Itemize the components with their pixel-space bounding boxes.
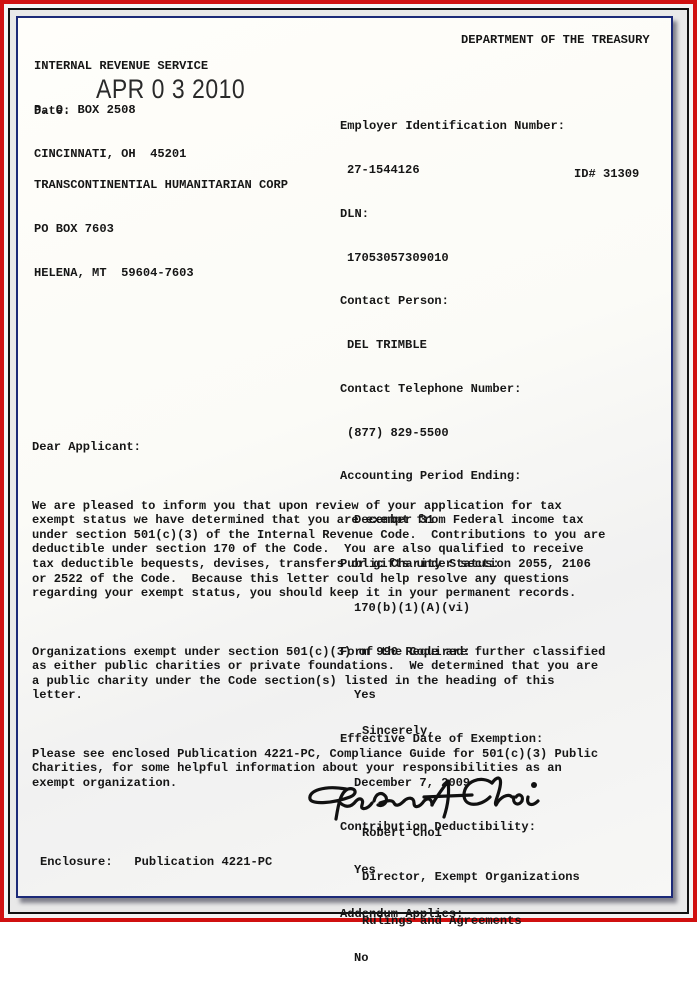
date-label: Date: <box>34 104 70 119</box>
irs-determination-letter: INTERNAL REVENUE SERVICE P. O. BOX 2508 … <box>16 16 673 898</box>
signer-office: Rulings and Agreements <box>362 914 580 922</box>
ein-label: Employer Identification Number: <box>340 119 565 134</box>
recipient-line: TRANSCONTINENTIAL HUMANITARIAN CORP <box>34 178 288 193</box>
contact-person-label: Contact Person: <box>340 294 565 309</box>
contact-id: ID# 31309 <box>574 167 639 182</box>
date-stamp: APR 0 3 2010 <box>96 81 245 98</box>
contact-phone-label: Contact Telephone Number: <box>340 382 565 397</box>
signer-title: Director, Exempt Organizations <box>362 870 580 885</box>
dln-value: 17053057309010 <box>340 251 565 266</box>
ein-value: 27-1544126 <box>340 163 565 178</box>
enclosure-value: Publication 4221-PC <box>134 855 272 869</box>
valediction: Sincerely, <box>362 724 435 739</box>
salutation: Dear Applicant: <box>32 440 605 455</box>
body-paragraph: Organizations exempt under section 501(c… <box>32 645 605 703</box>
recipient-line: HELENA, MT 59604-7603 <box>34 266 288 281</box>
sender-line: INTERNAL REVENUE SERVICE <box>34 59 208 74</box>
recipient-address: TRANSCONTINENTIAL HUMANITARIAN CORP PO B… <box>34 149 288 310</box>
signer-block: Robert Choi Director, Exempt Organizatio… <box>362 797 580 922</box>
recipient-line: PO BOX 7603 <box>34 222 288 237</box>
contact-person-value: DEL TRIMBLE <box>340 338 565 353</box>
body-paragraph: We are pleased to inform you that upon r… <box>32 499 605 601</box>
dln-label: DLN: <box>340 207 565 222</box>
department-header: DEPARTMENT OF THE TREASURY <box>461 33 650 48</box>
enclosure-label: Enclosure: <box>40 855 113 869</box>
enclosure: Enclosure: Publication 4221-PC <box>40 855 272 870</box>
signer-name: Robert Choi <box>362 826 580 841</box>
